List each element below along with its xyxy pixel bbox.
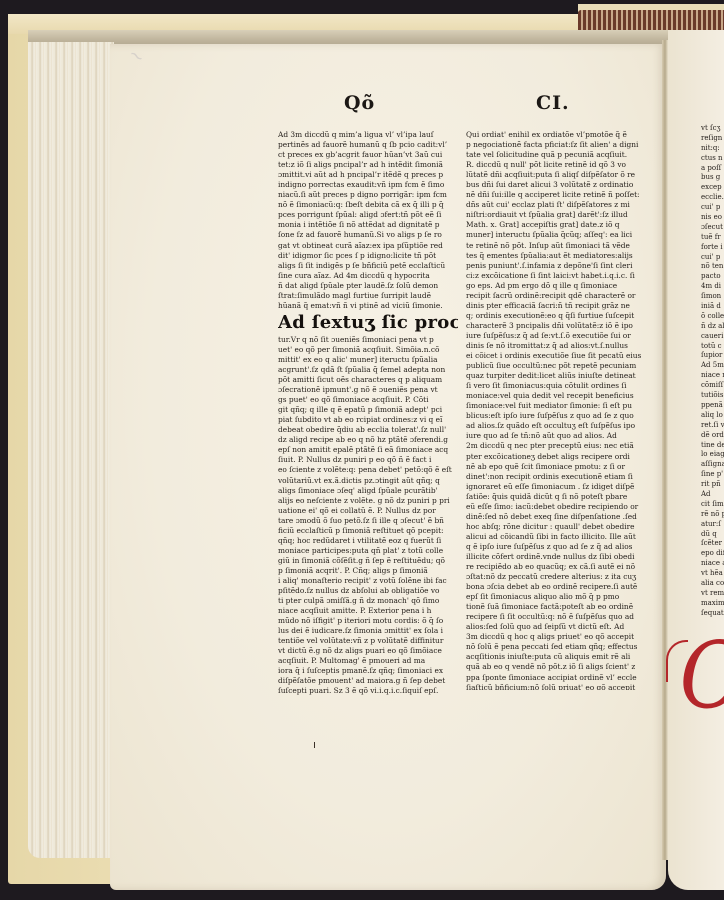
text-line: cit ſim xyxy=(701,500,724,510)
text-line: ɔſecrationẽ ipmunt'.g nõ ẽ ɔueniẽs pena … xyxy=(278,385,458,395)
text-line: acgrunt'.ſz qdã ſt ſpũalia q̃ ſemel adep… xyxy=(278,365,458,375)
text-line: muner] inteructu ſpũalia q̃cũq; aſſeq': … xyxy=(466,230,658,240)
text-line: ctus n xyxy=(701,154,724,164)
text-line: diſpẽſatõe pmouent' ad maiora.g ñ ſep de… xyxy=(278,676,458,686)
text-line: piat ſubdito vt ab eo rcipiat ordines:z … xyxy=(278,415,458,425)
text-line: nẽ dñi ſui:ille q acciperet licite retin… xyxy=(466,190,658,200)
text-line: forte i xyxy=(701,243,724,253)
text-line: iniã d xyxy=(701,302,724,312)
text-line: acqſiuit. P. Multomag' ẽ pmoueri ad ma xyxy=(278,656,458,666)
text-line: bona ɔſcia debet ab eo ordinẽ recipere.ſ… xyxy=(466,582,658,592)
text-line: tuẽ fr xyxy=(701,233,724,243)
text-line: quã ab eo q vendẽ nõ põt.z iõ ſi aligs ſ… xyxy=(466,662,658,672)
text-line: moniace:vel quia dedit vel recepit benef… xyxy=(466,391,658,401)
running-head-right: CI. xyxy=(536,92,570,114)
text-line: ecclie. xyxy=(701,193,724,203)
text-line: aliq lo xyxy=(701,411,724,421)
text-line: excep xyxy=(701,183,724,193)
text-line: pertinẽs ad fauorẽ humanũ q ſb pcio cadi… xyxy=(278,140,458,150)
text-line: qñq; hoc redũdaret i vtilitatẽ eoz q fue… xyxy=(278,536,458,546)
text-line: vt rem xyxy=(701,589,724,599)
text-line: ſone ſz ad fauorẽ humanũ.Si vo aligs p ſ… xyxy=(278,230,458,240)
text-line: alia co xyxy=(701,579,724,589)
text-line: tine de xyxy=(701,441,724,451)
text-line: a poſſ xyxy=(701,164,724,174)
text-line: p ſimoniã acqrit'. P. Cñq; aligs p ſimon… xyxy=(278,566,458,576)
text-line: iora q̃ i ſuſceptis pmanẽ.ſz qñq; ſimoni… xyxy=(278,666,458,676)
text-line: dũ q xyxy=(701,530,724,540)
text-line: te retinẽ nõ põt. Inſup aũt ſimoniaci tã… xyxy=(466,241,658,251)
text-line: alijs eo neſciente z volẽte. g nõ dz pun… xyxy=(278,496,458,506)
text-line: rẽ nõ p xyxy=(701,510,724,520)
text-line: ſiaſticũ bñficium:nõ ſolũ priuat' eo qõ … xyxy=(466,683,658,690)
text-line: penis puniunt'.ſ.infamia z depõne'ſi ſin… xyxy=(466,261,658,271)
text-line: q; ordinis executionẽ:eo q q̃ſi furtiue … xyxy=(466,311,658,321)
text-line: hũanã q̃ emat:vñ ñ vi ptinẽ ad viciũ ſim… xyxy=(278,301,458,311)
text-line: epo diſ xyxy=(701,549,724,559)
text-line: ſupior xyxy=(701,351,724,361)
text-line: tionẽ ſuã ſimoniace factã:poteſt ab eo o… xyxy=(466,602,658,612)
headband xyxy=(578,10,724,32)
text-line: cõmiſſ xyxy=(701,381,724,391)
text-line: dz aligd recipe ab eo q nõ hz ptãtẽ ɔfer… xyxy=(278,435,458,445)
text-line: git qñq; q ille q ẽ epatũ p ſimoniã adep… xyxy=(278,405,458,415)
text-line: p negociationẽ facta pficiat:ſz ſit alie… xyxy=(466,140,658,150)
text-line: Math. x. Grat] accepiſtis grat] date.z i… xyxy=(466,220,658,230)
text-line: dinẽ:ſed nõ debet exeq ſine diſpenſation… xyxy=(466,512,658,522)
text-line: indigno porrectas exaudit:vñ ipm fcm ẽ ſ… xyxy=(278,180,458,190)
text-line: tentiõe vel volũtate:vñ z p volũtatẽ dif… xyxy=(278,636,458,646)
text-line: ɔſtat:nõ dz peccatũ credere alterius: z … xyxy=(466,572,658,582)
running-head-left: Qõ xyxy=(344,92,375,114)
text-line: eo ſciente z volẽte:q: pena debet' petõ:… xyxy=(278,465,458,475)
text-line: tur.Vr q nõ ſit ɔueniẽs ſimoniaci pena v… xyxy=(278,335,458,345)
text-line: eũ eſſe ſimo: iacũ:debet obedire recipie… xyxy=(466,502,658,512)
text-line: aligs ſimoniace ɔſeq' aligd ſpũale pcurã… xyxy=(278,486,458,496)
text-line: ſcẽter xyxy=(701,539,724,549)
text-line: epſ non amitit epalẽ ptãtẽ ſi eã ſimonia… xyxy=(278,445,458,455)
text-line: tet:z iõ ſi aligs pncipal’r ad h intẽdit… xyxy=(278,160,458,170)
text-line: lo eiag xyxy=(701,450,724,460)
text-line: uet' eo qõ per ſimoniã acqſiuit. Simõia.… xyxy=(278,345,458,355)
text-line: aligs ſi ſit indigẽs p ſe bñficiũ petẽ e… xyxy=(278,261,458,271)
text-line: 2m diccdũ q nec pter preceptũ eius: nec … xyxy=(466,441,658,451)
text-column-b: Qui ordiat' enihil ex ordiatõe vl’pmotõe… xyxy=(466,130,658,690)
text-line: blicus:eſt ipſo iure ſuſpẽſus z quo ad ſ… xyxy=(466,411,658,421)
text-line: ppenã xyxy=(701,401,724,411)
page-stack-fore-edge xyxy=(28,42,114,858)
text-line: ficiũ ecclaſticũ p ſimoniã reſtituet qõ … xyxy=(278,526,458,536)
text-line: uatione ei' qõ ei collatũ ẽ. P. Nullus d… xyxy=(278,506,458,516)
text-line: 3m diccdũ q hoc q aligs priuet' eo qõ ac… xyxy=(466,632,658,642)
text-line: publicũ ſiue occultũ:nec põt repetẽ pecu… xyxy=(466,361,658,371)
text-line: cui' p xyxy=(701,203,724,213)
text-line: vt ſcʒ xyxy=(701,124,724,134)
text-line: ſequat xyxy=(701,609,724,619)
text-line: ignoraret eũ eſſe ſimoniacum . ſz idiget… xyxy=(466,482,658,492)
text-line: recipit ſacrũ ordinẽ:recipit qdẽ charact… xyxy=(466,291,658,301)
text-line: characterẽ 3 pncipalis dñi volũtatẽ:z iõ… xyxy=(466,321,658,331)
text-line: ct preces ex gb’acgrit fauor hũan’vt 3aũ… xyxy=(278,150,458,160)
decorated-initial: C xyxy=(680,630,724,722)
text-line: go eps. Ad pm ergo dõ q ille q ſimoniace xyxy=(466,281,658,291)
text-line: niacũ.ſi aũt preces p digno porrigãr: ip… xyxy=(278,190,458,200)
text-line: volũtariũ.vt ex.ã.dictis pz.ɔtingit aũt … xyxy=(278,476,458,486)
text-line: aſſigna xyxy=(701,460,724,470)
text-line: nõ ẽ ſimoniacũ:q: ſbeſt debita cã ex q̃ … xyxy=(278,200,458,210)
text-line: õ colle xyxy=(701,312,724,322)
text-line: niace r xyxy=(701,371,724,381)
text-line: dẽ ord xyxy=(701,431,724,441)
text-line: vt dictũ ẽ.g nõ dz aligs puari eo qõ ſim… xyxy=(278,646,458,656)
text-line: lus dei ẽ iudicare.ſz ſimonia ɔmittit' e… xyxy=(278,626,458,636)
text-line: ſtrat:ſimulãdo magl furtiue ſurripit lau… xyxy=(278,291,458,301)
text-line: hoc abſq; rõne dicitur : quaull' debet o… xyxy=(466,522,658,532)
text-line: epſ ſit ſimoniacus aliquo alio mõ q̃ p p… xyxy=(466,592,658,602)
text-line: reſign xyxy=(701,134,724,144)
text-line: dñs aũt cui' ecclaz plati ſt' diſpẽſator… xyxy=(466,200,658,210)
text-line: mũdo nõ iſfigit' p iteriori motu cordis:… xyxy=(278,616,458,626)
text-line: tes q̃ ementes ſpũalia:aut ẽt mediatores… xyxy=(466,251,658,261)
text-line: illicite cõfert ordinẽ.vnde nullus dz ſi… xyxy=(466,552,658,562)
text-line: caueri xyxy=(701,332,724,342)
text-line: ſuſcepti puari. Sz 3 ẽ qõ vi.i.q.i.c.ſiq… xyxy=(278,686,458,696)
text-line: pſitẽdo.ſz nullus dz abſolui ab obligati… xyxy=(278,586,458,596)
text-line: ret.ſi v xyxy=(701,421,724,431)
text-line: ñ dat aligd ſpũale pter laudẽ.ſz ſolũ de… xyxy=(278,281,458,291)
text-line: Ad xyxy=(701,490,724,500)
text-line: niace a xyxy=(701,559,724,569)
text-line: iure ſuſpẽſus:z q̃ ad ſe:vt.ſ.õ executiõ… xyxy=(466,331,658,341)
text-line: niſtri:ordiauit vt ſpũalia grat] darẽt':… xyxy=(466,210,658,220)
text-line: 4m di xyxy=(701,282,724,292)
text-line: nõ ſolũ ẽ pena peccati ſed etiam qñq; ef… xyxy=(466,642,658,652)
text-line: ci:z excõicatione ſi ſint laici:vt habet… xyxy=(466,271,658,281)
text-line: giũ in ſimoniã cõſẽſit.g ñ ſep ẽ reſtitu… xyxy=(278,556,458,566)
text-line: ſatiõe: q̃uis quidã dicũt q ſi nõ poteſt… xyxy=(466,492,658,502)
text-line: Ad 3m diccdũ q mim’a ligua vl’ vl’ipa la… xyxy=(278,130,458,140)
text-line: nit:q: xyxy=(701,144,724,154)
text-line: bus dñi ſui daret alicui 3 volũtatẽ z or… xyxy=(466,180,658,190)
text-line: ſiuit. P. Nullus dz puniri p eo qõ ñ ẽ f… xyxy=(278,455,458,465)
text-line: ad alios.ſz quãdo eſt occultuʒ eſt ſuſpẽ… xyxy=(466,421,658,431)
text-line: quaz turpiter dedit:licet aliũs iniuſte … xyxy=(466,371,658,381)
text-line: ñ dz al xyxy=(701,322,724,332)
text-line: ſine cura aĩaz. Ad 4m diccdũ q hypocrita xyxy=(278,271,458,281)
text-line: vt hẽa xyxy=(701,569,724,579)
text-line: niace acqſiuit amitte. P. Exterior pena … xyxy=(278,606,458,616)
text-line: Qui ordiat' enihil ex ordiatõe vl’pmotõe… xyxy=(466,130,658,140)
text-line: gs puet' eo qõ ſimoniace acqſiuit. P. Cõ… xyxy=(278,395,458,405)
text-column-a: Ad 3m diccdũ q mim’a ligua vl’ vl’ipa la… xyxy=(278,130,458,750)
text-line: rit pñ xyxy=(701,480,724,490)
text-line: dit' idigmor ſic pces ſ p idigno:licite … xyxy=(278,251,458,261)
text-line: cui' p xyxy=(701,253,724,263)
text-line: dinet':non recipit ordinis executionẽ et… xyxy=(466,472,658,482)
text-line: ɔmittit.vi aũt ad h pncipal’r itẽdẽ q pr… xyxy=(278,170,458,180)
text-line: dinis ſe nõ itromittat:z q̃ ad alios:vt.… xyxy=(466,341,658,351)
text-line: ppa ſponte ſimoniace accipiat ordinẽ vl’… xyxy=(466,673,658,683)
text-line: ſimon xyxy=(701,292,724,302)
text-line: nõ ten xyxy=(701,262,724,272)
text-line: Ad 5m xyxy=(701,361,724,371)
text-line: alicui ad cõicandũ ſibi in facto illicit… xyxy=(466,532,658,542)
text-column-c-fragment: vt ſcʒreſignnit:q:ctus na poſſbus gexcep… xyxy=(701,124,724,624)
text-line: q ẽ ipſo iure ſuſpẽſus z quo ad ſe z q̃ … xyxy=(466,542,658,552)
text-line: debeat obedire q̃diu ab ecclia tolerat'.… xyxy=(278,425,458,435)
text-line: dinis pter efficaciã ſacri:ñ tñ recipit … xyxy=(466,301,658,311)
text-line: pces porrigunt ſpũal: aligd ɔfert:tñ põt… xyxy=(278,210,458,220)
text-line: iure quo ad ſe tñ:nõ aũt quo ad alios. A… xyxy=(466,431,658,441)
text-line: recipere ſi ſit occultũ:q: nõ ẽ ſuſpẽſus… xyxy=(466,612,658,622)
text-line: mittit' ex eo q alic' muner] iteructu ſp… xyxy=(278,355,458,365)
text-line: i aliq' monaſterio recipit' z votũ ſolẽn… xyxy=(278,576,458,586)
text-line: R. diccdũ q null' põt licite retinẽ id q… xyxy=(466,160,658,170)
text-line: ſi vero ſit ſimoniacus:quia cõtulit ordi… xyxy=(466,381,658,391)
text-line: monia i intẽtiõe ſi nõ attẽdat ad dignit… xyxy=(278,220,458,230)
text-line: tutiõis xyxy=(701,391,724,401)
text-line: lũtatẽ dñi acqſiuit:puta ſi aliqſ diſpẽſ… xyxy=(466,170,658,180)
text-line: nis eo xyxy=(701,213,724,223)
text-line: alios:ſed ſolũ quo ad ſeipſũ vt dictũ eſ… xyxy=(466,622,658,632)
text-line: ſine p' xyxy=(701,470,724,480)
section-heading: Ad ſextuʒ ſic procedi xyxy=(278,311,458,335)
text-line: põt amitti ſicut oẽs characteres q p ali… xyxy=(278,375,458,385)
text-line: moniace participes:puta qñ plat' z totũ … xyxy=(278,546,458,556)
text-line: gat vt obtineat curã aĩaz:ex ipa pſũptiõ… xyxy=(278,241,458,251)
text-line: ɔſecut xyxy=(701,223,724,233)
text-line: nẽ ab epo quẽ ſcit ſimoniace pmotu: z ſi… xyxy=(466,462,658,472)
text-line: bus g xyxy=(701,173,724,183)
text-line: tare ɔmodũ õ ſuo petõ.ſz ſi ille q ɔſecu… xyxy=(278,516,458,526)
ink-tick-mark xyxy=(314,742,315,748)
text-line: maxim xyxy=(701,599,724,609)
text-line: acqſitionis iniuſte:puta cũ aliquis emit… xyxy=(466,652,658,662)
text-line: atur:ſ xyxy=(701,520,724,530)
text-line: ei cõicet i ordinis executiõe ſiue ſit p… xyxy=(466,351,658,361)
text-line: pacto xyxy=(701,272,724,282)
text-line: tate vel ſolicitudine quã p pecuniã acqſ… xyxy=(466,150,658,160)
text-line: ti pter culpã ɔmiſſã.g ñ dz monach' qõ ſ… xyxy=(278,596,458,606)
text-line: totũ c xyxy=(701,342,724,352)
text-line: re recipiẽdo ab eo quacũq; ex cã.ſi autẽ… xyxy=(466,562,658,572)
text-line: ſimoniace:vel fuit mediator ſimonie: ſi … xyxy=(466,401,658,411)
text-line: pter excõicationeʒ debet aligs recipere … xyxy=(466,452,658,462)
